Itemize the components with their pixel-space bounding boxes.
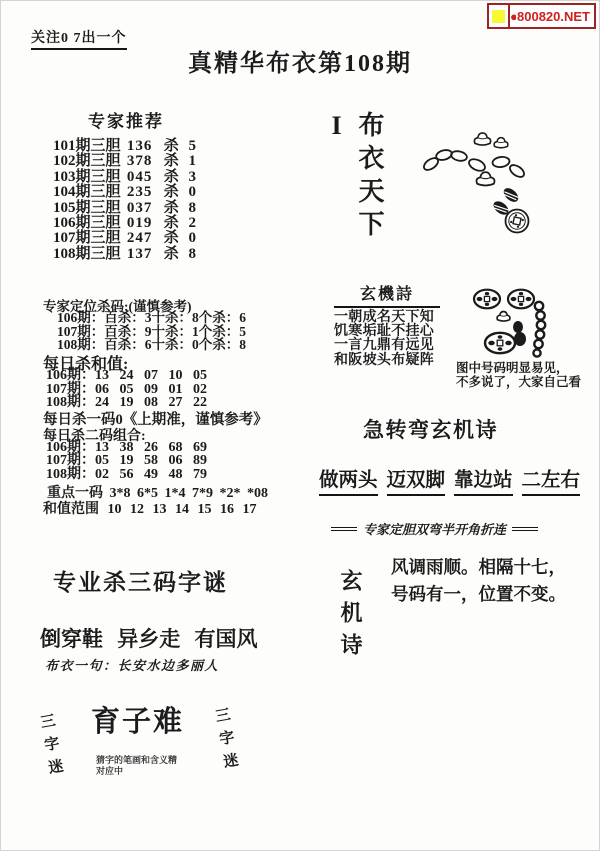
coin-icon xyxy=(474,290,500,309)
daily-two-kill-rows: 106期：13 38 26 68 69 107期：05 19 58 06 89 … xyxy=(46,441,207,481)
expert-row: 103期三胆045杀 3 xyxy=(53,170,199,185)
ingot-icon xyxy=(497,312,510,322)
row-code: 235 xyxy=(127,185,164,200)
expert-row: 108期三胆137杀 8 xyxy=(53,247,199,262)
row-period: 107期三胆 xyxy=(53,231,127,246)
chain-circle xyxy=(537,321,545,329)
xuanji-poem-section: 玄機詩 一朝成名天下知 饥寒垢耻不挂心 一言九鼎有远见 和阪坡头布疑阵 xyxy=(334,281,440,368)
xuanji-poem-title: 玄機詩 xyxy=(334,281,440,308)
sharp-turn-poem-title: 急转弯玄机诗 xyxy=(363,414,498,444)
graphic-caption: 图中号码明显易见， 不多说了，大家自己看 xyxy=(456,362,581,389)
xuanji-poem-line: 一言九鼎有远见 xyxy=(334,339,440,353)
row-kill: 杀 1 xyxy=(164,154,199,169)
chain-circle xyxy=(535,302,543,310)
row-code: 247 xyxy=(127,231,164,246)
chain-circle xyxy=(536,330,544,338)
row-kill: 杀 0 xyxy=(164,231,199,246)
position-kill-rows: 106期：百杀：3十杀：8个杀：6 107期：百杀：9十杀：1个杀：5 108期… xyxy=(57,311,246,352)
row-period: 103期三胆 xyxy=(53,170,127,185)
expert-recommend-section: 专家推荐 101期三胆136杀 5 102期三胆378杀 1 103期三胆045… xyxy=(53,107,199,262)
chain-circle xyxy=(534,340,542,348)
row-code: 019 xyxy=(127,216,164,231)
poem-word: 二左右 xyxy=(522,464,581,496)
oval-bead xyxy=(467,157,487,173)
buyi-tianxia-vertical-title: 布衣天下I xyxy=(321,111,388,261)
row-code: 136 xyxy=(127,139,164,154)
position-kill-row: 106期：百杀：3十杀：8个杀：6 xyxy=(57,311,246,325)
row-code: 045 xyxy=(127,170,164,185)
ingot-icon xyxy=(474,133,490,145)
expert-row: 102期三胆378杀 1 xyxy=(53,154,199,169)
coin-icon xyxy=(508,290,534,309)
daily-sum-kill-rows: 106期：13 24 07 10 05 107期：06 05 09 01 02 … xyxy=(46,369,207,410)
lottery-sheet-page: 关注0 7出一个 ●800820.NET 真精华布衣第108期 专家推荐 101… xyxy=(0,0,600,851)
yellow-square-icon xyxy=(492,10,505,23)
row-period: 108期三胆 xyxy=(53,247,127,262)
kill-three-code-puzzle-title: 专业杀三码字谜 xyxy=(53,564,228,597)
row-kill: 杀 8 xyxy=(164,247,199,262)
oval-bead xyxy=(450,150,468,162)
graphic-caption-line: 不多说了，大家自己看 xyxy=(456,376,581,390)
poem-word: 靠边站 xyxy=(454,464,513,496)
site-url: ●800820.NET xyxy=(510,5,594,27)
daily-two-kill-row: 107期：05 19 58 06 89 xyxy=(46,454,207,467)
ingot-icon xyxy=(494,138,508,148)
sharp-turn-poem-line: 做两头 迈双脚 靠边站 二左右 xyxy=(319,464,580,496)
chain-circle xyxy=(536,311,544,319)
row-period: 102期三胆 xyxy=(53,154,127,169)
riddle-footnote-line: 对应中 xyxy=(96,766,177,777)
row-code: 378 xyxy=(127,154,164,169)
row-kill: 杀 0 xyxy=(164,185,199,200)
row-code: 137 xyxy=(127,247,164,262)
buyi-sentence: 布衣一句：长安水边多丽人 xyxy=(45,655,219,674)
expert-row: 104期三胆235杀 0 xyxy=(53,185,199,200)
expert-row: 105期三胆037杀 8 xyxy=(53,201,199,216)
riddle-footnote: 猜字的笔画和含义精 对应中 xyxy=(96,755,177,776)
dot-icon: ● xyxy=(510,9,516,24)
daily-two-kill-row: 108期：02 56 49 48 79 xyxy=(46,468,207,481)
row-kill: 杀 3 xyxy=(164,170,199,185)
coin-arc-graphic xyxy=(401,119,551,241)
oval-bead xyxy=(508,163,526,180)
divider-text: 专家定胆双弯半开角折连 xyxy=(363,519,506,538)
three-char-riddle-label-left: 三字迷 xyxy=(35,712,68,784)
coin-icon xyxy=(485,333,515,353)
oval-bead xyxy=(492,156,510,168)
graphic-caption-line: 图中号码明显易见， xyxy=(456,362,581,376)
poem-word: 做两头 xyxy=(319,464,378,496)
sum-range-line: 和值范围 10 12 13 14 15 16 17 xyxy=(43,498,257,518)
hatched-bead xyxy=(501,185,521,204)
xuanji2-vertical-title: 玄机诗 xyxy=(335,569,366,669)
three-char-riddle-label-right: 三字迷 xyxy=(210,706,243,778)
riddle-footnote-line: 猜字的笔画和含义精 xyxy=(96,755,177,766)
ink-blob xyxy=(513,321,523,333)
puzzle-clue-line: 倒穿鞋 异乡走 有国风 xyxy=(40,623,258,653)
xuanji-poem-line: 和阪坡头布疑阵 xyxy=(334,354,440,368)
ingot-icon xyxy=(477,172,495,185)
xuanji2-poem: 风调雨顺。相隔十七， 号码有一，位置不变。 xyxy=(391,554,566,608)
double-line-icon xyxy=(512,527,538,531)
row-period: 105期三胆 xyxy=(53,201,127,216)
row-kill: 杀 8 xyxy=(164,201,199,216)
chain-circle xyxy=(533,349,540,356)
expert-row: 107期三胆247杀 0 xyxy=(53,231,199,246)
row-period: 104期三胆 xyxy=(53,185,127,200)
page-title: 真精华布衣第108期 xyxy=(1,43,599,78)
site-badge[interactable]: ●800820.NET xyxy=(487,3,596,29)
xuanji2-poem-line: 风调雨顺。相隔十七， xyxy=(391,554,566,581)
badge-square-cell xyxy=(489,5,510,27)
row-code: 037 xyxy=(127,201,164,216)
daily-sum-kill-row: 106期：13 24 07 10 05 xyxy=(46,369,207,383)
expert-recommend-title: 专家推荐 xyxy=(53,107,199,132)
position-kill-row: 108期：百杀：6十杀：0个杀：8 xyxy=(57,338,246,352)
coin-number-graphic xyxy=(466,283,554,361)
coin-icon xyxy=(506,210,529,233)
site-url-text: 800820.NET xyxy=(517,9,590,24)
double-line-icon xyxy=(331,527,357,531)
expert-divider-line: 专家定胆双弯半开角折连 xyxy=(331,519,538,538)
riddle-answer: 育子难 xyxy=(91,699,184,740)
xuanji2-poem-line: 号码有一，位置不变。 xyxy=(391,581,566,608)
poem-word: 迈双脚 xyxy=(387,464,446,496)
